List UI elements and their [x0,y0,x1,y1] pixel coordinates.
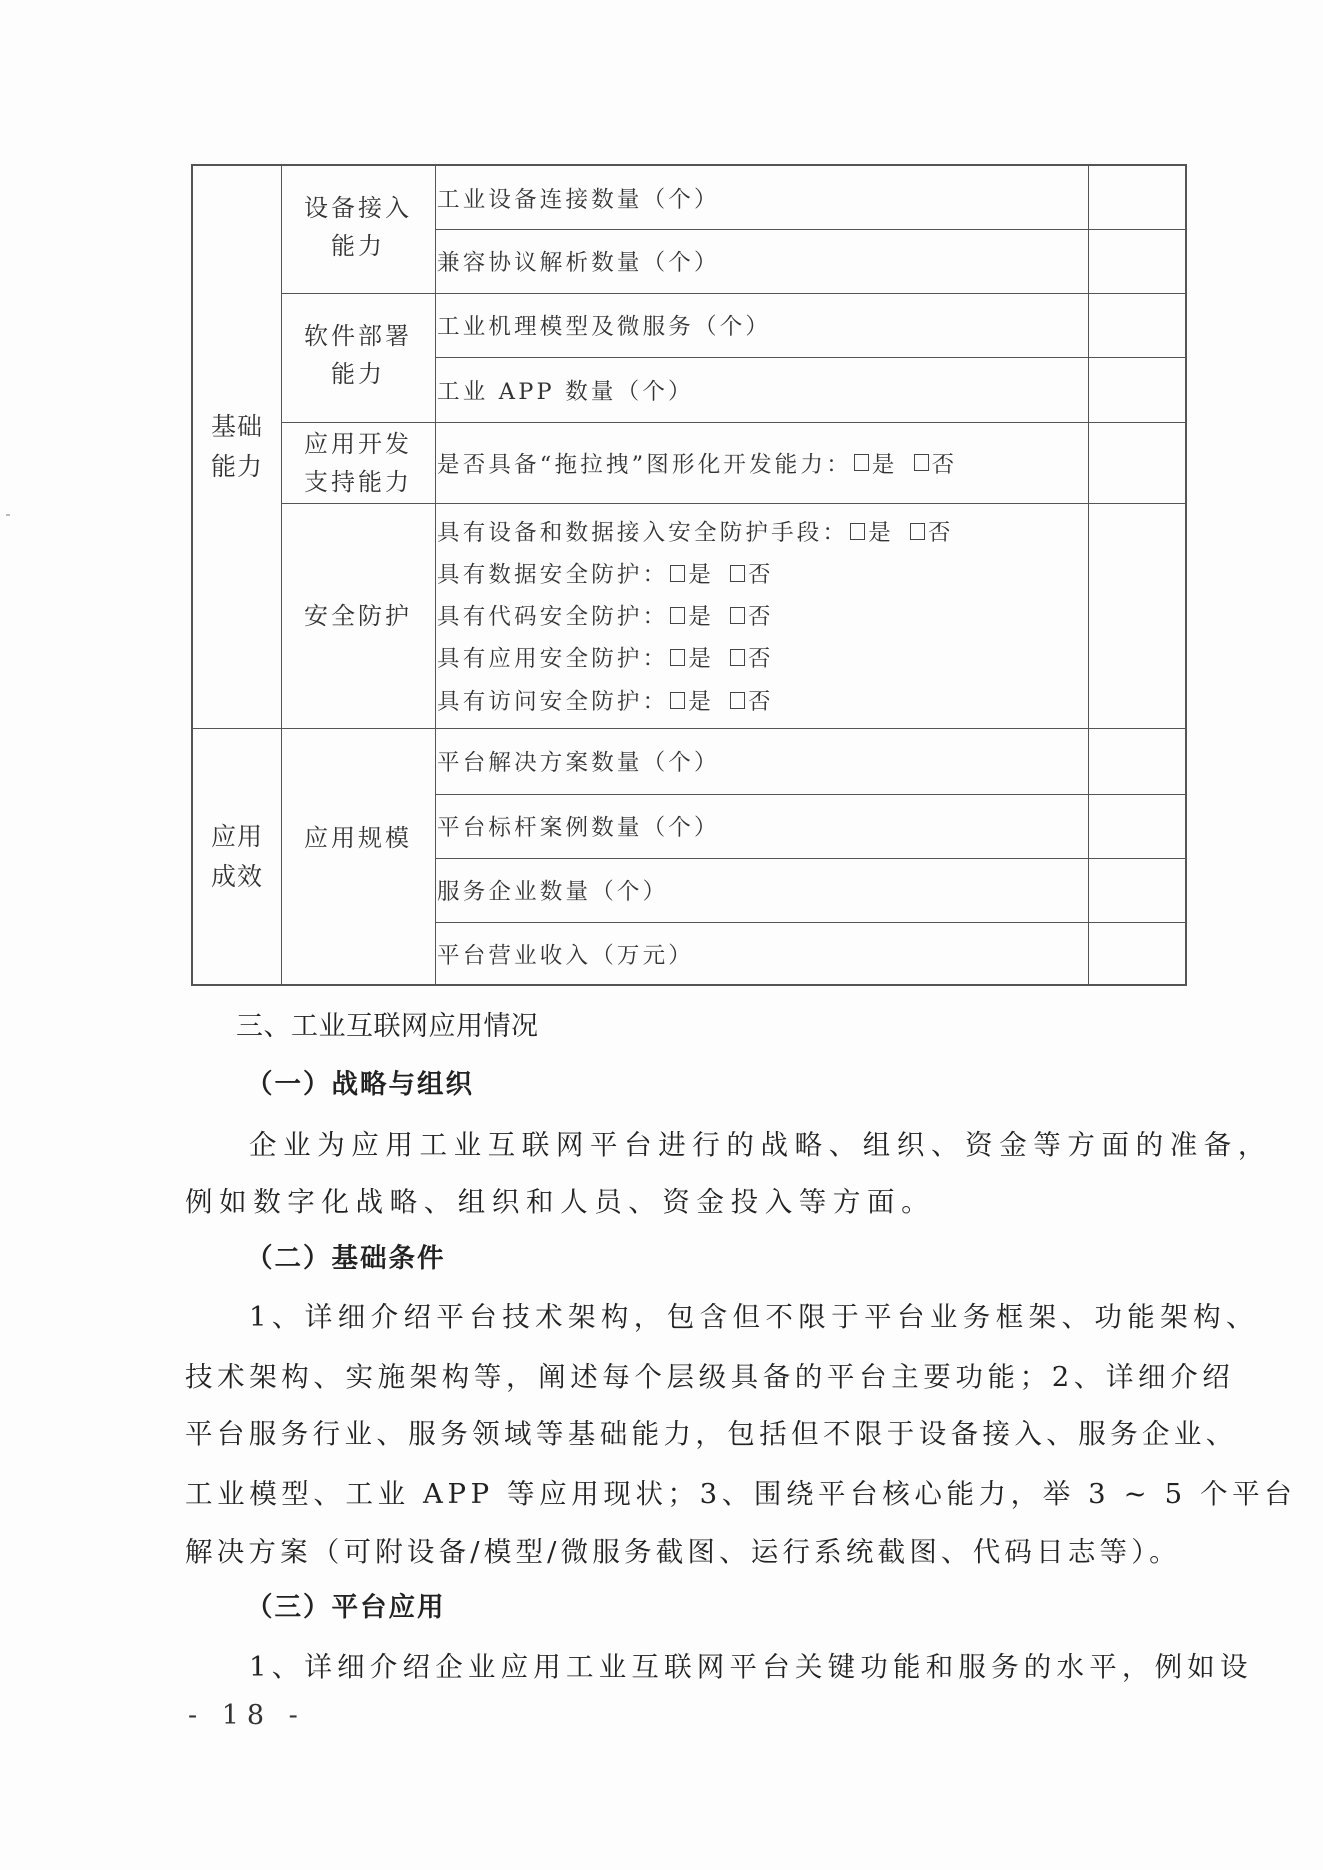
group-label-basic-capability: 基础 能力 [193,166,281,728]
subgroup-label-device-access: 设备接入 能力 [281,160,435,293]
item-label: 具有应用安全防护： [437,641,668,673]
option-yes[interactable]: 是 [668,599,714,631]
option-no[interactable]: 否 [728,557,774,589]
checkbox-icon[interactable] [670,565,685,582]
value-cell-industrial-app-count[interactable] [1090,357,1185,422]
item-label: 是否具备“拖拉拽”图形化开发能力： [437,447,852,479]
paragraph-line: 企业为应用工业互联网平台进行的战略、组织、资金等方面的准备， [249,1122,1272,1162]
item-application-security: 具有应用安全防护： 是 否 [437,636,788,678]
subgroup-label-app-dev-support: 应用开发 支持能力 [281,422,435,503]
group-label-application-effect: 应用 成效 [193,728,281,986]
col-divider-2 [435,166,436,984]
option-label: 否 [932,447,958,479]
option-label: 否 [748,557,774,589]
checkbox-icon[interactable] [730,649,745,666]
subsection-title-platform-application: （三）平台应用 [246,1585,446,1624]
item-device-connections: 工业设备连接数量（个） [437,166,720,229]
paragraph-line: 平台服务行业、服务领域等基础能力，包括但不限于设备接入、服务企业、 [185,1411,1238,1451]
item-label: 工业设备连接数量（个） [437,182,720,214]
checkbox-icon[interactable] [730,607,745,624]
item-benchmark-case-count: 平台标杆案例数量（个） [437,794,720,858]
option-no[interactable]: 否 [728,641,774,673]
item-device-data-access-security: 具有设备和数据接入安全防护手段： 是 否 [437,510,968,552]
option-label: 否 [748,684,774,716]
scan-artifact [6,514,10,516]
option-label: 是 [868,515,894,547]
option-yes[interactable]: 是 [668,684,714,716]
section-title: 三、工业互联网应用情况 [236,1004,539,1043]
paragraph-line: 例如数字化战略、组织和人员、资金投入等方面。 [185,1179,935,1219]
option-label: 否 [748,641,774,673]
item-code-security: 具有代码安全防护： 是 否 [437,594,788,636]
paragraph-line: 技术架构、实施架构等，阐述每个层级具备的平台主要功能；2、详细介绍 [185,1354,1234,1394]
item-label: 具有访问安全防护： [437,684,668,716]
item-label: 具有代码安全防护： [437,599,668,631]
value-cell-solution-count[interactable] [1090,728,1185,794]
option-yes[interactable]: 是 [848,515,894,547]
subsection-title-foundation: （二）基础条件 [246,1236,446,1275]
paragraph-line: 1、详细介绍平台技术架构，包含但不限于平台业务框架、功能架构、 [249,1294,1259,1334]
item-data-security: 具有数据安全防护： 是 否 [437,552,788,594]
value-cell-device-connections[interactable] [1090,166,1185,229]
checkbox-icon[interactable] [670,649,685,666]
checkbox-icon[interactable] [854,454,869,471]
option-label: 否 [748,599,774,631]
option-no[interactable]: 否 [728,599,774,631]
checkbox-icon[interactable] [670,692,685,709]
option-label: 否 [928,515,954,547]
option-yes[interactable]: 是 [668,641,714,673]
checkbox-icon[interactable] [850,523,865,540]
option-label: 是 [688,641,714,673]
col-divider-3 [1088,166,1089,984]
checkbox-icon[interactable] [910,523,925,540]
option-yes[interactable]: 是 [668,557,714,589]
item-label: 服务企业数量（个） [437,874,668,906]
item-label: 工业机理模型及微服务（个） [437,309,771,341]
option-label: 是 [688,599,714,631]
item-platform-revenue: 平台营业收入（万元） [437,922,694,986]
option-no[interactable]: 否 [728,684,774,716]
item-solution-count: 平台解决方案数量（个） [437,728,720,794]
item-protocol-parsing: 兼容协议解析数量（个） [437,229,720,293]
subgroup-label-security: 安全防护 [281,503,435,728]
item-drag-drop-dev: 是否具备“拖拉拽”图形化开发能力： 是 否 [437,422,971,503]
paragraph-line: 解决方案（可附设备/模型/微服务截图、运行系统截图、代码日志等）。 [185,1529,1181,1569]
value-cell-served-enterprise-count[interactable] [1090,858,1185,922]
document-page: 基础 能力 应用 成效 设备接入 能力 软件部署 能力 应用开发 支持能力 安全… [0,0,1323,1870]
page-number: - 18 - [188,1700,306,1731]
paragraph-line: 工业模型、工业 APP 等应用现状；3、围绕平台核心能力，举 3 ~ 5 个平台 [185,1471,1296,1511]
value-cell-protocol-parsing[interactable] [1090,229,1185,293]
item-mechanism-models: 工业机理模型及微服务（个） [437,293,771,357]
paragraph-line: 1、详细介绍企业应用工业互联网平台关键功能和服务的水平，例如设 [249,1644,1253,1684]
item-label: 平台标杆案例数量（个） [437,810,720,842]
subgroup-label-application-scale: 应用规模 [281,728,435,948]
option-label: 是 [688,557,714,589]
item-label: 平台解决方案数量（个） [437,745,720,777]
option-no[interactable]: 否 [912,447,958,479]
checkbox-icon[interactable] [914,454,929,471]
value-cell-benchmark-case-count[interactable] [1090,794,1185,858]
item-label: 具有设备和数据接入安全防护手段： [437,515,848,547]
item-label: 具有数据安全防护： [437,557,668,589]
item-label: 工业 APP 数量（个） [437,374,694,406]
value-cell-mechanism-models[interactable] [1090,293,1185,357]
item-served-enterprise-count: 服务企业数量（个） [437,858,668,922]
option-yes[interactable]: 是 [852,447,898,479]
option-no[interactable]: 否 [908,515,954,547]
checkbox-icon[interactable] [670,607,685,624]
capability-table: 基础 能力 应用 成效 设备接入 能力 软件部署 能力 应用开发 支持能力 安全… [191,164,1187,986]
checkbox-icon[interactable] [730,565,745,582]
subgroup-label-software-deploy: 软件部署 能力 [281,288,435,421]
item-label: 平台营业收入（万元） [437,938,694,970]
checkbox-icon[interactable] [730,692,745,709]
option-label: 是 [872,447,898,479]
item-industrial-app-count: 工业 APP 数量（个） [437,357,694,422]
value-cell-platform-revenue[interactable] [1090,922,1185,986]
item-label: 兼容协议解析数量（个） [437,245,720,277]
item-access-security: 具有访问安全防护： 是 否 [437,678,788,722]
option-label: 是 [688,684,714,716]
subsection-title-strategy: （一）战略与组织 [246,1062,474,1101]
